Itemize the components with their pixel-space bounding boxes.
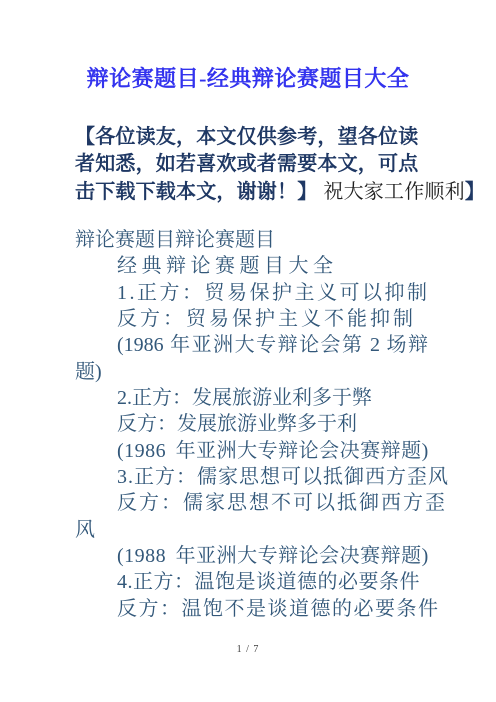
notice-paragraph: 【各位读友，本文仅供参考，望各位读 者知悉，如若喜欢或者需要本文，可点 击下载下… (75, 124, 431, 206)
body-line: 1.正方：贸易保护主义可以抑制 (117, 280, 428, 306)
body-line: 反方：发展旅游业弊多于利 (117, 411, 428, 437)
body-line: 反方：温饱不是谈道德的必要条件 (117, 596, 428, 622)
notice-line-2: 者知悉，如若喜欢或者需要本文，可点 (75, 151, 431, 178)
notice-line-1: 【各位读友，本文仅供参考，望各位读 (75, 124, 431, 151)
body-line: (1986 年亚洲大专辩论会第 2 场辩 (117, 332, 428, 358)
notice-line-3: 击下载下载本文，谢谢！】祝大家工作顺利】 (75, 179, 431, 206)
body-line: (1988 年亚洲大专辩论会决赛辩题) (117, 543, 428, 569)
page-title: 辩论赛题目-经典辩论赛题目大全 (0, 62, 496, 93)
body-line: 风 (75, 517, 428, 543)
notice-line-3-bold: 击下载下载本文，谢谢！】 (75, 181, 317, 203)
body-line: 反方：儒家思想不可以抵御西方歪 (117, 490, 428, 516)
body-line: 2.正方：发展旅游业利多于弊 (117, 385, 428, 411)
body-line: 4.正方：温饱是谈道德的必要条件 (117, 569, 428, 595)
body-text: 辩论赛题目辩论赛题目 经典辩论赛题目大全 1.正方：贸易保护主义可以抑制 反方：… (75, 227, 428, 622)
notice-line-3-plain: 祝大家工作顺利 (323, 181, 464, 203)
page-number: 1 / 7 (0, 644, 496, 655)
body-line: 3.正方：儒家思想可以抵御西方歪风 (117, 464, 428, 490)
body-line: (1986 年亚洲大专辩论会决赛辩题) (117, 438, 428, 464)
notice-line-3-bracket: 】 (465, 181, 485, 203)
body-line: 题) (75, 359, 428, 385)
body-line: 反方：贸易保护主义不能抑制 (117, 306, 428, 332)
body-line: 经典辩论赛题目大全 (117, 253, 428, 279)
body-line: 辩论赛题目辩论赛题目 (75, 227, 428, 253)
